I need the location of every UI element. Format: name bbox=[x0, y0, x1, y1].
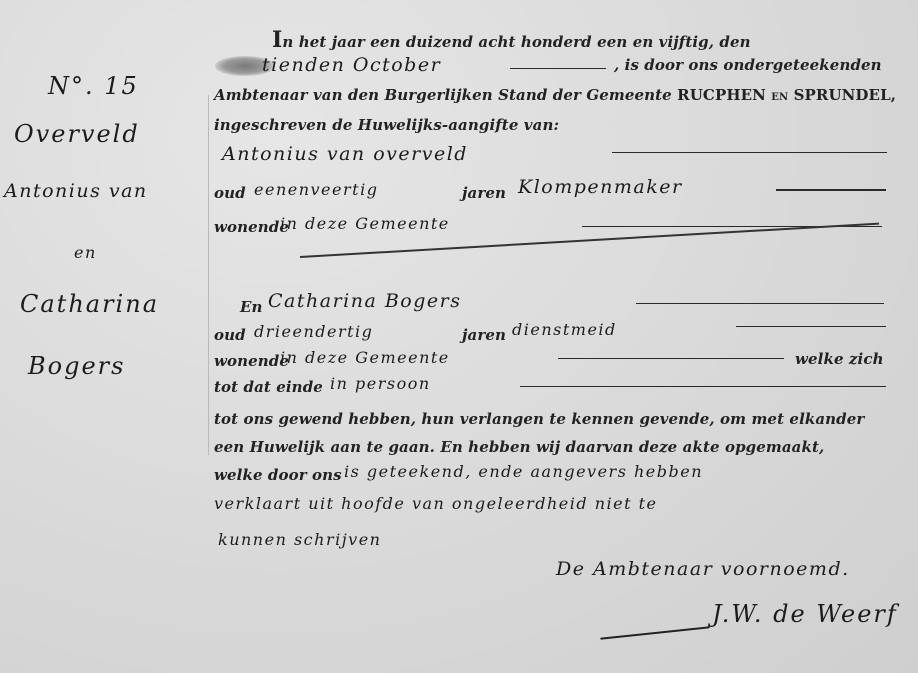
registrar-signature: J.W. de Weerf bbox=[712, 600, 898, 628]
fill-line bbox=[558, 358, 784, 359]
line-1: In het jaar een duizend acht honderd een… bbox=[272, 27, 751, 53]
signature-flourish bbox=[600, 626, 710, 639]
line-13: een Huwelijk aan te gaan. En hebben wij … bbox=[214, 438, 824, 456]
line-10-end: welke zich bbox=[795, 350, 884, 368]
margin-bride-given: Catharina bbox=[20, 290, 159, 318]
years-label: jaren bbox=[462, 184, 506, 202]
age-label: oud bbox=[214, 184, 246, 202]
groom-name: Antonius van overveld bbox=[222, 143, 468, 165]
fill-line bbox=[736, 326, 886, 327]
document-page: N°. 15 Overveld Antonius van en Catharin… bbox=[0, 0, 918, 673]
in-person: in persoon bbox=[330, 374, 431, 393]
margin-conjunction: en bbox=[74, 243, 97, 262]
drop-initial: I bbox=[272, 27, 282, 53]
line-3: Ambtenaar van den Burgerlijken Stand der… bbox=[214, 86, 896, 104]
groom-occupation: Klompenmaker bbox=[518, 176, 683, 198]
line-16-hand: kunnen schrijven bbox=[218, 530, 381, 549]
line-12: tot ons gewend hebben, hun verlangen te … bbox=[214, 410, 864, 428]
margin-bride-surname: Bogers bbox=[28, 352, 125, 380]
date-handwritten: tienden October bbox=[262, 54, 441, 76]
fill-line bbox=[520, 386, 886, 387]
bride-occupation: dienstmeid bbox=[512, 320, 617, 339]
fill-line bbox=[510, 68, 606, 69]
place-rucphen: RUCPHEN bbox=[677, 86, 766, 104]
place-sprundel: SPRUNDEL, bbox=[794, 86, 896, 104]
bride-name: Catharina Bogers bbox=[268, 290, 461, 312]
fill-line bbox=[776, 189, 886, 191]
bride-residence: in deze Gemeente bbox=[280, 348, 450, 367]
line-2-print: , is door ons ondergeteekenden bbox=[614, 56, 882, 74]
line-11-print: tot dat einde bbox=[214, 378, 323, 396]
age-label: oud bbox=[214, 326, 246, 344]
and-label: En bbox=[240, 298, 263, 316]
residence-label: wonende bbox=[214, 218, 289, 236]
line-14-print: welke door ons bbox=[214, 466, 342, 484]
margin-groom-surname: Overveld bbox=[14, 120, 140, 148]
fill-line bbox=[636, 303, 884, 304]
years-label: jaren bbox=[462, 326, 506, 344]
fill-line bbox=[612, 152, 887, 153]
groom-age: eenenveertig bbox=[254, 180, 378, 199]
margin-groom-given: Antonius van bbox=[4, 180, 148, 202]
residence-label: wonende bbox=[214, 352, 289, 370]
line-4: ingeschreven de Huwelijks-aangifte van: bbox=[214, 116, 559, 134]
bride-age: drieendertig bbox=[254, 322, 373, 341]
record-number: N°. 15 bbox=[48, 72, 139, 100]
line-15-hand: verklaart uit hoofde van ongeleerdheid n… bbox=[214, 494, 658, 513]
line-14-hand: is geteekend, ende aangevers hebben bbox=[344, 462, 703, 481]
margin-divider bbox=[208, 95, 209, 455]
registrar-title: De Ambtenaar voornoemd. bbox=[556, 558, 850, 580]
groom-residence: in deze Gemeente bbox=[280, 214, 450, 233]
